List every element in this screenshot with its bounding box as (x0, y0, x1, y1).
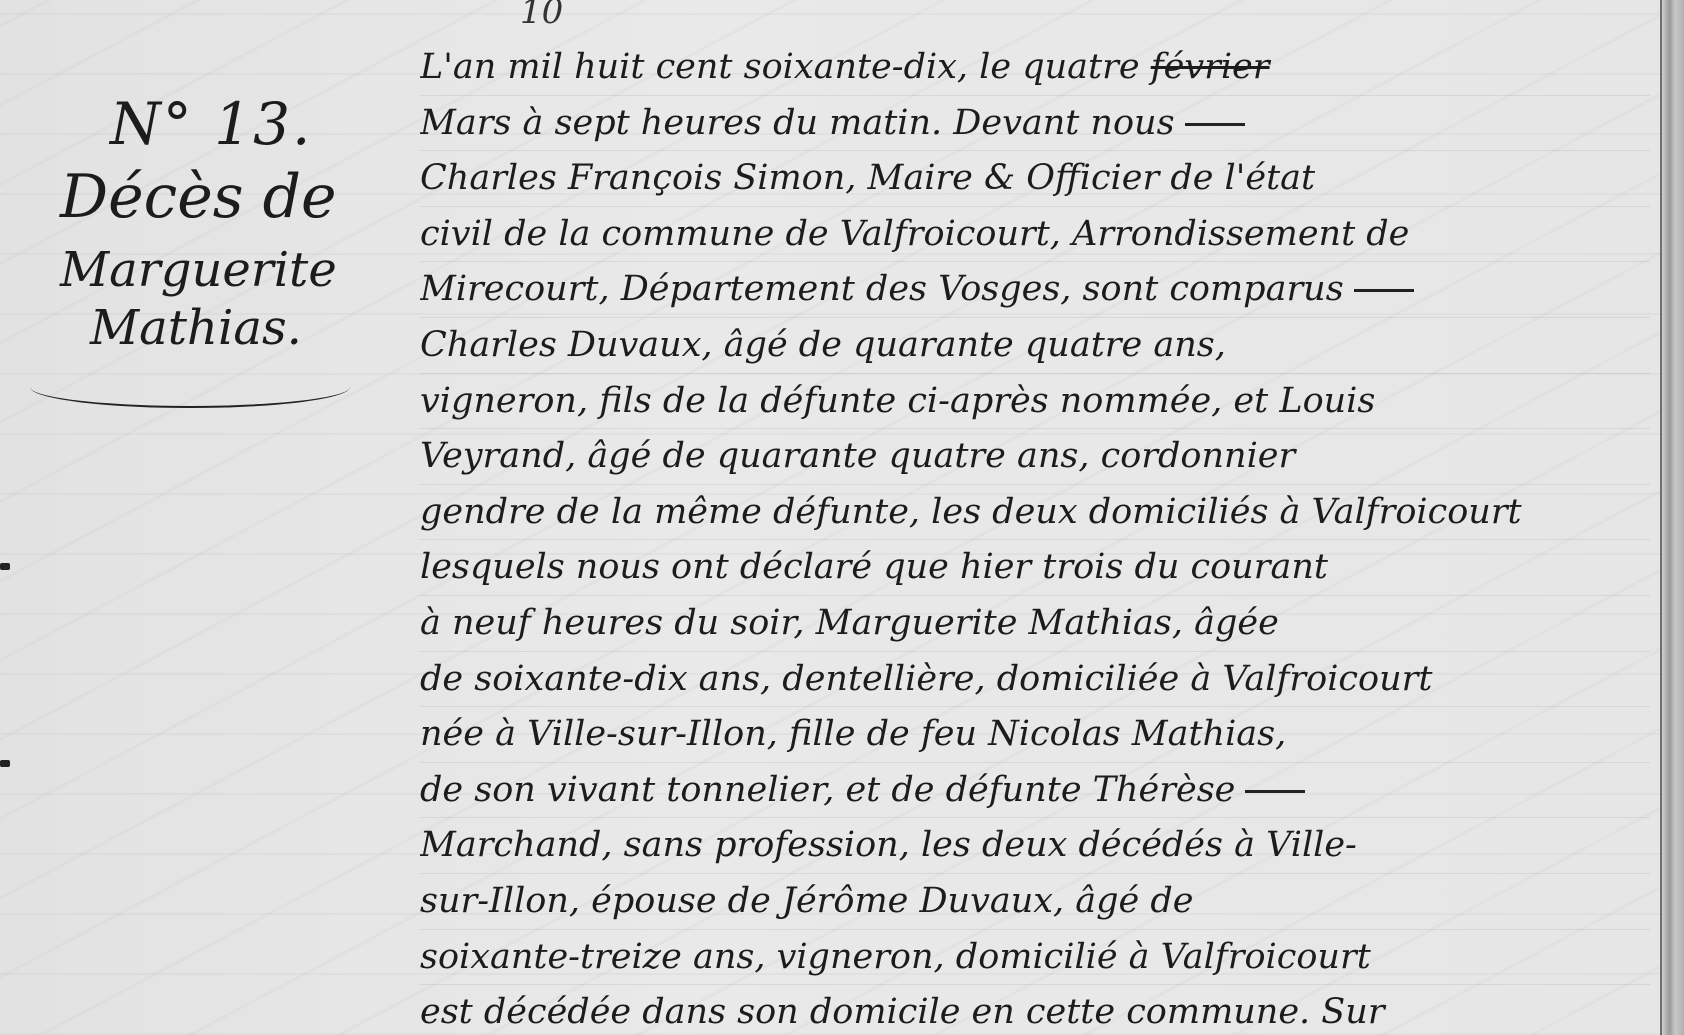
binding-edge (1660, 0, 1684, 1035)
text-line: L'an mil huit cent soixante-dix, le quat… (420, 40, 1650, 96)
page-number-fragment: 10 (520, 0, 563, 32)
line-filler-dash (1354, 289, 1414, 292)
text-line: est décédée dans son domicile en cette c… (420, 985, 1650, 1035)
text-line: Mirecourt, Département des Vosges, sont … (420, 262, 1650, 318)
binding-hole-mark (0, 563, 10, 570)
text-line: de soixante-dix ans, dentellière, domici… (420, 652, 1650, 708)
deceased-first-name: Marguerite (60, 242, 390, 298)
text-line: vigneron, fils de la défunte ci-après no… (420, 374, 1650, 430)
flourish-underline (30, 366, 350, 408)
text-line: Mars à sept heures du matin. Devant nous (420, 96, 1650, 152)
text-line: gendre de la même défunte, les deux domi… (420, 485, 1650, 541)
text-line: civil de la commune de Valfroicourt, Arr… (420, 207, 1650, 263)
text-line: Charles François Simon, Maire & Officier… (420, 151, 1650, 207)
text-line: à neuf heures du soir, Marguerite Mathia… (420, 596, 1650, 652)
text-line: sur-Illon, épouse de Jérôme Duvaux, âgé … (420, 874, 1650, 930)
line-filler-dash (1185, 123, 1245, 126)
struck-word: février (1151, 47, 1270, 87)
text-line: Veyrand, âgé de quarante quatre ans, cor… (420, 429, 1650, 485)
entry-number: N° 13. (110, 90, 390, 158)
text-line: lesquels nous ont déclaré que hier trois… (420, 540, 1650, 596)
line-filler-dash (1245, 790, 1305, 793)
binding-hole-mark (0, 760, 10, 767)
entry-body: L'an mil huit cent soixante-dix, le quat… (420, 40, 1650, 1035)
text-line: de son vivant tonnelier, et de défunte T… (420, 763, 1650, 819)
register-page: 10 N° 13. Décès de Marguerite Mathias. L… (0, 0, 1684, 1035)
text-line: Charles Duvaux, âgé de quarante quatre a… (420, 318, 1650, 374)
margin-annotation: N° 13. Décès de Marguerite Mathias. (40, 90, 390, 408)
text-line: soixante-treize ans, vigneron, domicilié… (420, 930, 1650, 986)
deceased-surname: Mathias. (90, 300, 390, 356)
text-line: Marchand, sans profession, les deux décé… (420, 818, 1650, 874)
text-line: née à Ville-sur-Illon, fille de feu Nico… (420, 707, 1650, 763)
entry-heading: Décès de (60, 162, 390, 232)
